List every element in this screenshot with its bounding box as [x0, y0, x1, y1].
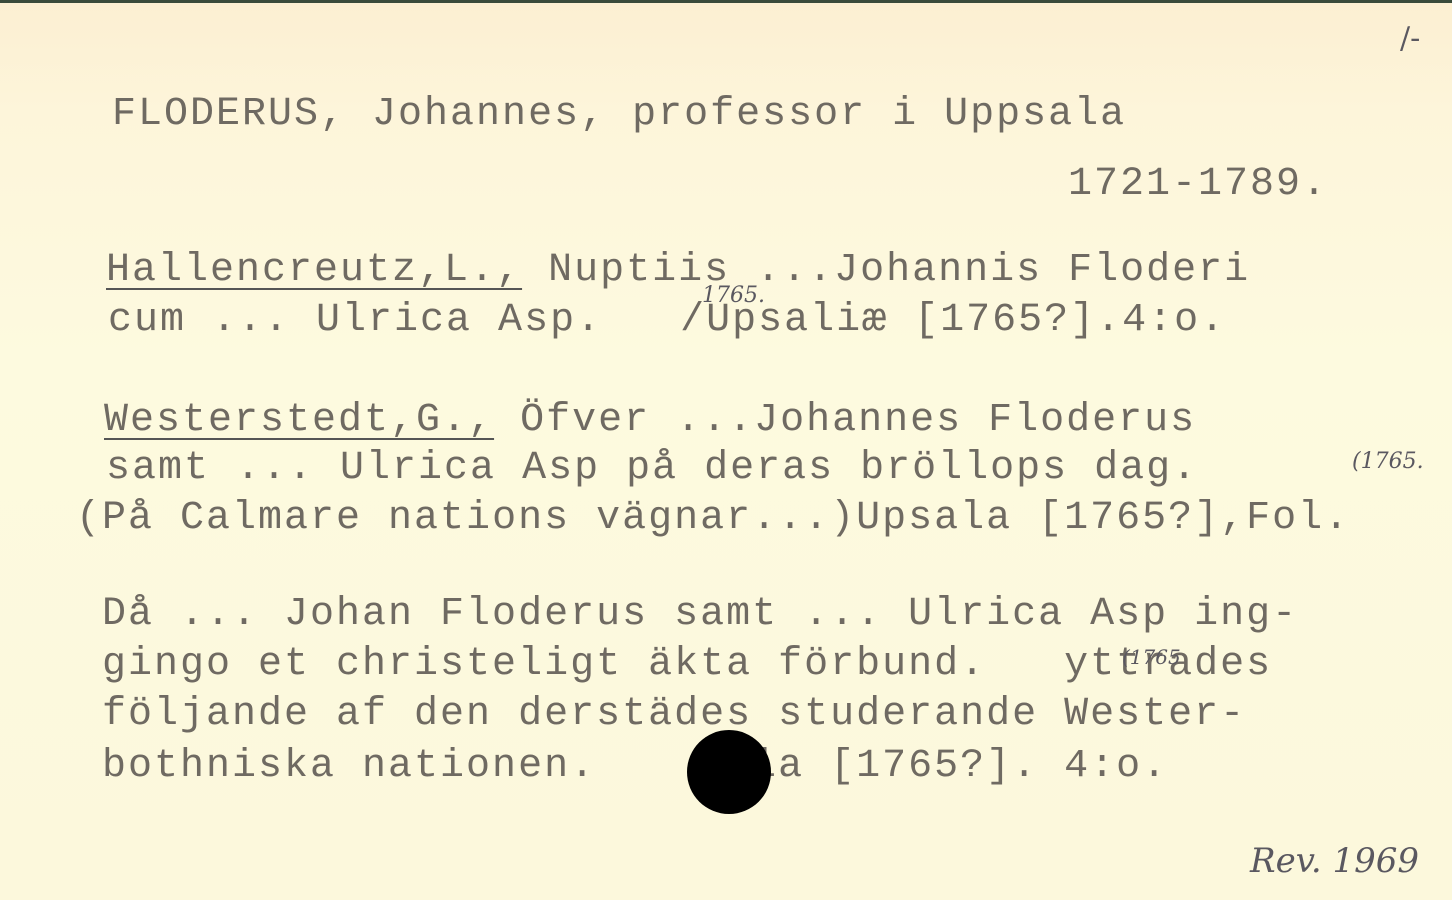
entry-1-line-1: Hallencreutz,L., Nuptiis ...Johannis Flo… — [106, 251, 1250, 291]
heading-dates: 1721-1789. — [1068, 165, 1328, 205]
entry-3-line-3: följande af den derstädes studerande Wes… — [102, 695, 1246, 735]
entry-1-line-2: cum ... Ulrica Asp. /Upsaliæ [1765?].4:o… — [108, 301, 1226, 341]
entry-2-handwritten-year: (1765. — [1352, 449, 1424, 474]
entry-3-handwritten-year: (1765 — [1122, 645, 1181, 669]
corner-mark: /- — [1400, 21, 1420, 56]
entry-2-line-1: Westerstedt,G., Öfver ...Johannes Floder… — [104, 401, 1196, 441]
catalog-card: /- FLODERUS, Johannes, professor i Uppsa… — [0, 0, 1452, 900]
revision-note: Rev. 1969 — [1250, 841, 1419, 881]
entry-1-handwritten-year: 1765. — [702, 283, 765, 308]
entry-1-author: Hallencreutz,L., — [106, 248, 522, 293]
entry-2-line-3: (På Calmare nations vägnar...)Upsala [17… — [76, 499, 1350, 539]
entry-2-author: Westerstedt,G., — [104, 398, 494, 443]
entry-3-line-2: gingo et christeligt äkta förbund. yttra… — [102, 645, 1272, 685]
entry-2-line-2: samt ... Ulrica Asp på deras bröllops da… — [106, 449, 1198, 489]
entry-3-line-4: bothniska nationen. sala [1765?]. 4:o. — [102, 747, 1168, 787]
entry-3-line-1: Då ... Johan Floderus samt ... Ulrica As… — [102, 595, 1298, 635]
punch-hole — [687, 730, 771, 814]
heading-name-line: FLODERUS, Johannes, professor i Uppsala — [112, 95, 1126, 135]
